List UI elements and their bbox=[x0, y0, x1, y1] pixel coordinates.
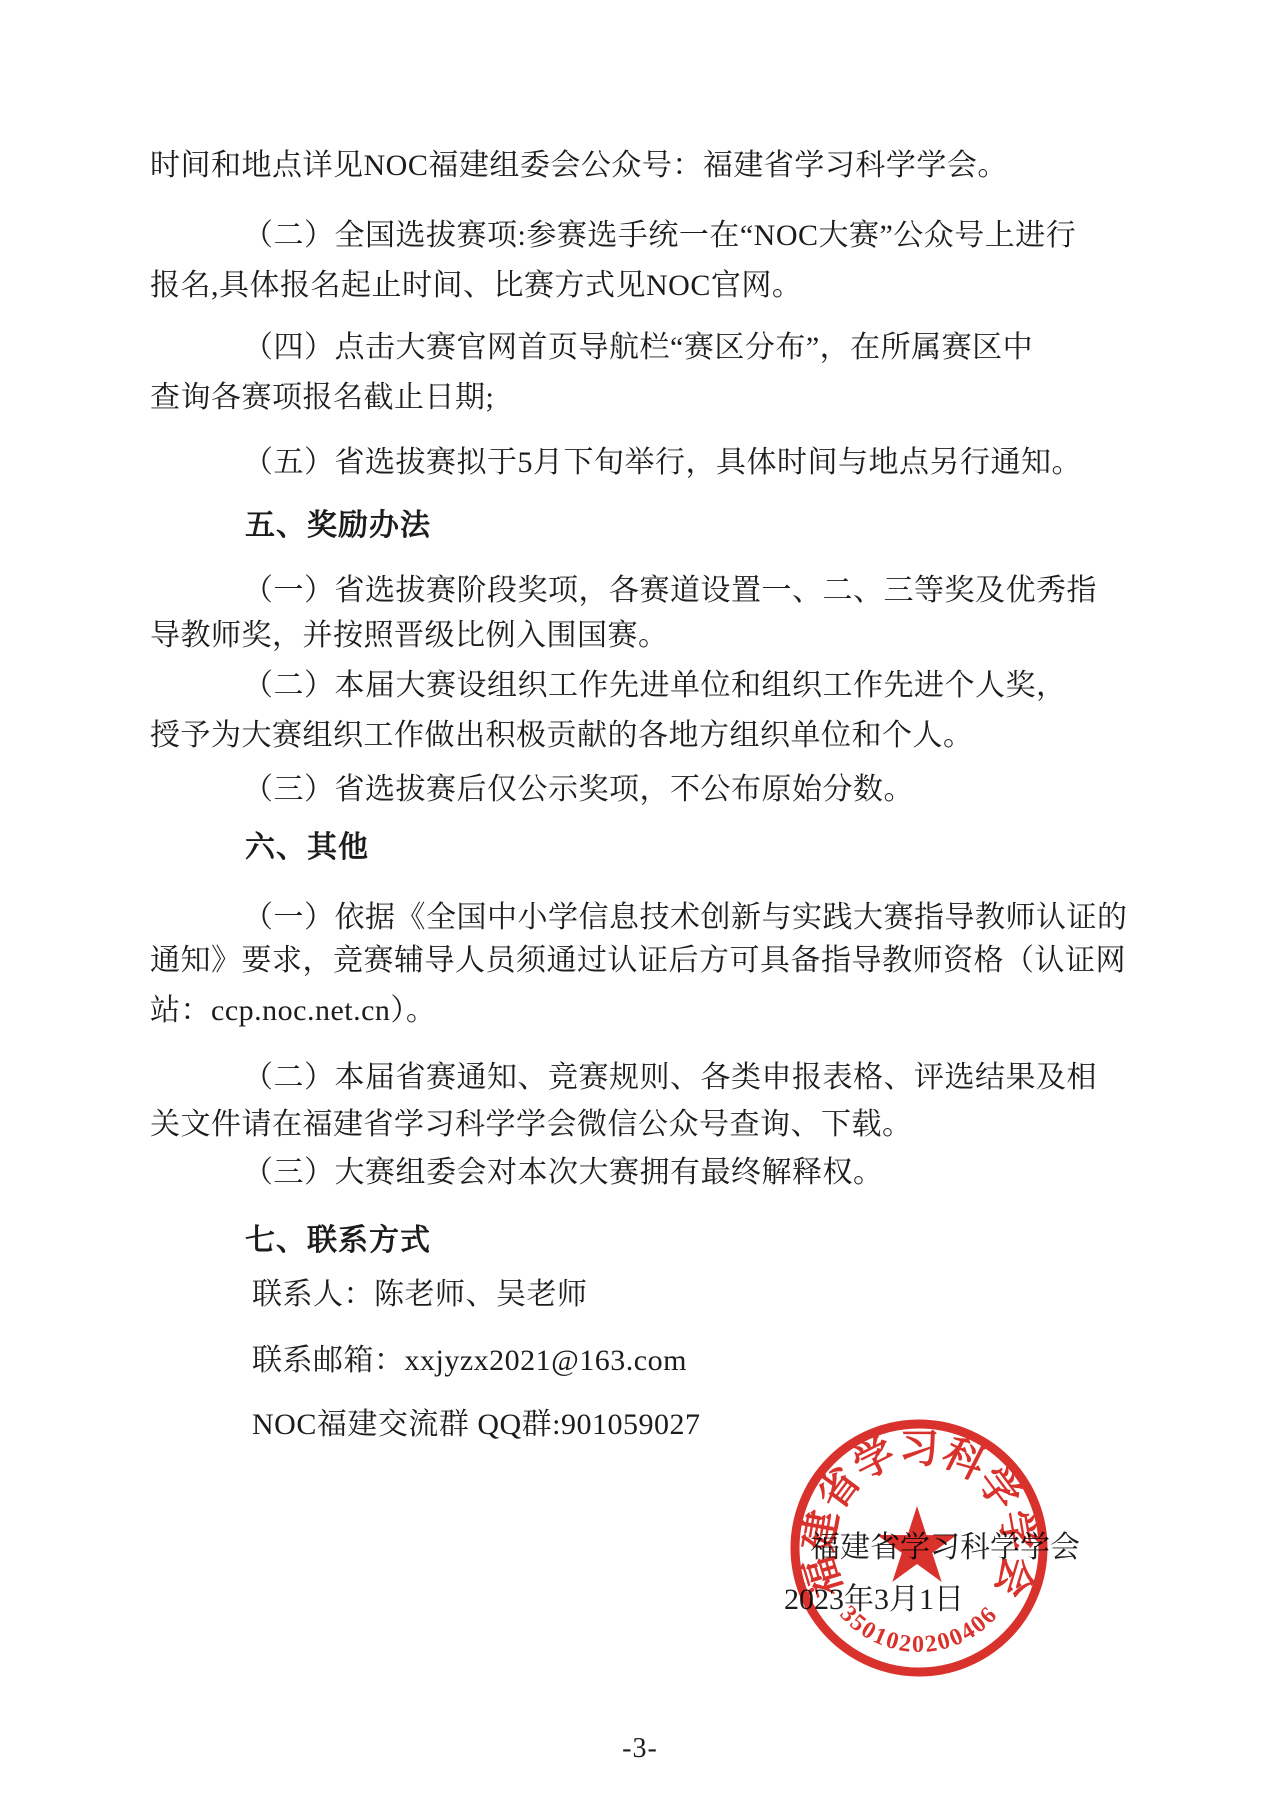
text-line: （二）全国选拔赛项:参赛选手统一在“NOC大赛”公众号上进行 bbox=[243, 218, 1076, 254]
text-line: 通知》要求，竞赛辅导人员须通过认证后方可具备指导教师资格（认证网 bbox=[150, 943, 1126, 979]
seal-serial-number: 3501020200406 bbox=[835, 1601, 1004, 1658]
text-line: 导教师奖，并按照晋级比例入围国赛。 bbox=[150, 618, 669, 654]
text-line: （二）本届大赛设组织工作先进单位和组织工作先进个人奖， bbox=[243, 668, 1067, 704]
text-line: （五）省选拔赛拟于5月下旬举行，具体时间与地点另行通知。 bbox=[243, 445, 1082, 481]
text-line: （一）依据《全国中小学信息技术创新与实践大赛指导教师认证的 bbox=[243, 900, 1128, 936]
contact-qq-group-line: NOC福建交流群 QQ群:901059027 bbox=[252, 1407, 701, 1443]
text-line: （三）省选拔赛后仅公示奖项，不公布原始分数。 bbox=[243, 772, 914, 808]
text-line: 站：ccp.noc.net.cn）。 bbox=[150, 993, 436, 1029]
text-line: （三）大赛组委会对本次大赛拥有最终解释权。 bbox=[243, 1155, 884, 1191]
text-line: （四）点击大赛官网首页导航栏“赛区分布”，在所属赛区中 bbox=[243, 330, 1033, 366]
section-heading: 七、联系方式 bbox=[245, 1223, 431, 1259]
official-seal-stamp: 福建省学习科学学会 3501020200406 bbox=[787, 1416, 1051, 1680]
text-line: 关文件请在福建省学习科学学会微信公众号查询、下载。 bbox=[150, 1107, 913, 1143]
star-icon bbox=[877, 1506, 957, 1582]
contact-person-line: 联系人：陈老师、吴老师 bbox=[252, 1277, 588, 1313]
text-line: （一）省选拔赛阶段奖项，各赛道设置一、二、三等奖及优秀指 bbox=[243, 573, 1097, 609]
section-heading: 五、奖励办法 bbox=[245, 508, 431, 544]
text-line: 时间和地点详见NOC福建组委会公众号：福建省学习科学学会。 bbox=[150, 148, 1008, 184]
text-line: 查询各赛项报名截止日期; bbox=[150, 380, 494, 416]
contact-email-line: 联系邮箱：xxjyzx2021@163.com bbox=[252, 1343, 687, 1379]
section-heading: 六、其他 bbox=[245, 830, 369, 866]
text-line: （二）本届省赛通知、竞赛规则、各类申报表格、评选结果及相 bbox=[243, 1060, 1097, 1096]
text-line: 授予为大赛组织工作做出积极贡献的各地方组织单位和个人。 bbox=[150, 718, 974, 754]
text-line: 报名,具体报名起止时间、比赛方式见NOC官网。 bbox=[150, 268, 802, 304]
page-number: -3- bbox=[0, 1733, 1280, 1765]
document-page: 时间和地点详见NOC福建组委会公众号：福建省学习科学学会。 （二）全国选拔赛项:… bbox=[0, 0, 1280, 1810]
